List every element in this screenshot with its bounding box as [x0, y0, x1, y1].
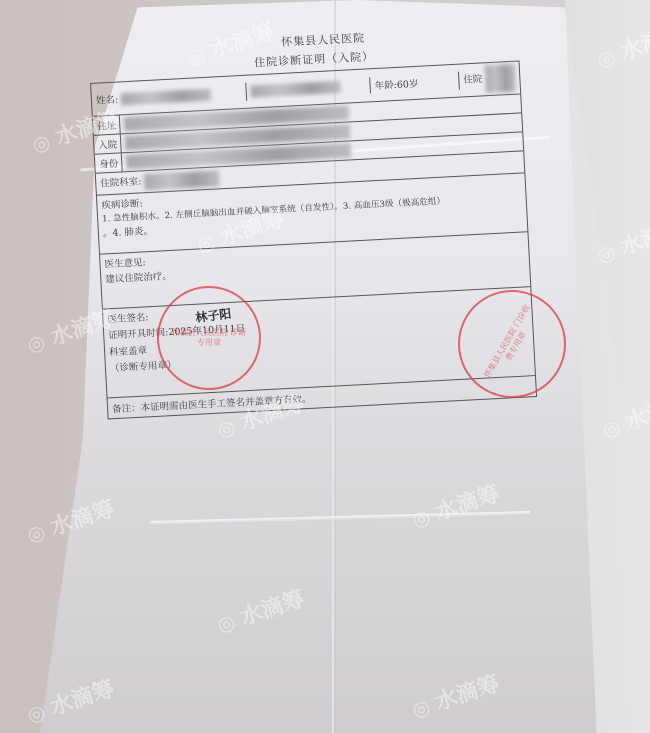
department-seal-text: 怀集县人民医院 诊断专用章	[159, 318, 259, 357]
id-label: 身份	[95, 153, 123, 172]
name-redacted	[121, 89, 212, 106]
department-redacted	[144, 170, 220, 190]
department-seal-stamp: 怀集县人民医院 诊断专用章	[157, 286, 261, 390]
inpatient-label: 住院	[463, 74, 483, 86]
age-label: 年龄:	[374, 80, 397, 92]
inpatient-no-cell: 住院	[459, 61, 521, 96]
age-value: 60岁	[397, 79, 419, 91]
redacted-block	[251, 81, 342, 98]
document-photo: 怀集县人民医院 住院诊断证明（入院） 姓名: 年龄:60岁 住院	[0, 0, 650, 733]
blank-cell	[246, 77, 371, 99]
hospital-seal-text: 怀集县人民医院 门诊收费专用章	[469, 289, 555, 399]
department-label: 住院科室:	[100, 176, 142, 189]
age-cell: 年龄:60岁	[370, 72, 460, 95]
inpatient-no-redacted	[485, 64, 516, 94]
